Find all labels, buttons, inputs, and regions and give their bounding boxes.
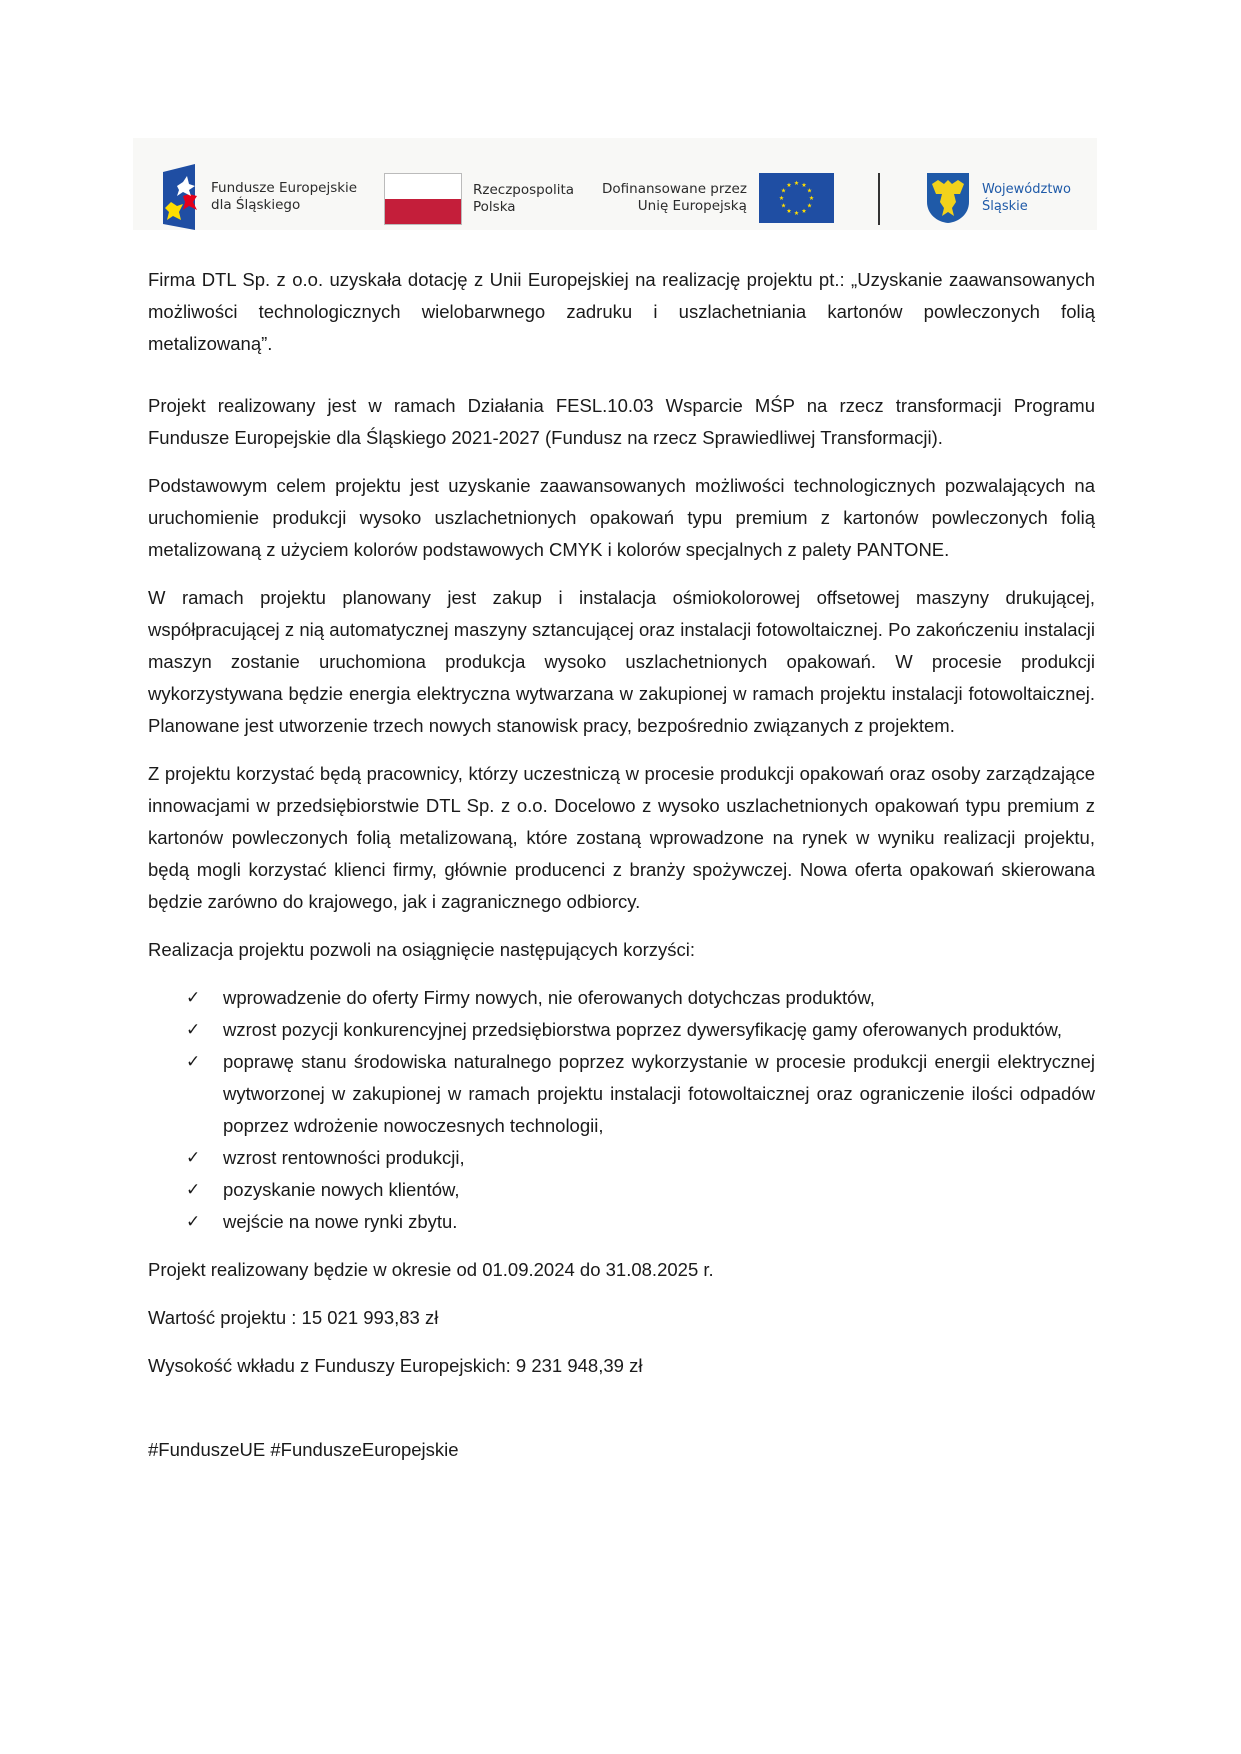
hashtags: #FunduszeUE #FunduszeEuropejskie bbox=[148, 1434, 1095, 1466]
pl-logo: Rzeczpospolita Polska bbox=[384, 173, 574, 225]
program-paragraph: Projekt realizowany jest w ramach Działa… bbox=[148, 390, 1095, 454]
benefit-text: pozyskanie nowych klientów, bbox=[223, 1179, 460, 1200]
check-icon: ✓ bbox=[186, 1142, 200, 1174]
fe-logo-line2: dla Śląskiego bbox=[211, 197, 357, 214]
benefits-list: ✓wprowadzenie do oferty Firmy nowych, ni… bbox=[148, 982, 1095, 1238]
fe-logo-line1: Fundusze Europejskie bbox=[211, 180, 357, 197]
beneficiaries-paragraph: Z projektu korzystać będą pracownicy, kt… bbox=[148, 758, 1095, 918]
pl-logo-line1: Rzeczpospolita bbox=[473, 182, 574, 199]
intro-paragraph: Firma DTL Sp. z o.o. uzyskała dotację z … bbox=[148, 264, 1095, 360]
silesian-eagle-icon bbox=[926, 172, 970, 224]
eu-logo-line1: Dofinansowane przez bbox=[602, 181, 747, 198]
benefit-text: wejście na nowe rynki zbytu. bbox=[223, 1211, 457, 1232]
check-icon: ✓ bbox=[186, 982, 200, 1014]
benefit-text: poprawę stanu środowiska naturalnego pop… bbox=[223, 1051, 1095, 1136]
goal-paragraph: Podstawowym celem projektu jest uzyskani… bbox=[148, 470, 1095, 566]
benefit-text: wprowadzenie do oferty Firmy nowych, nie… bbox=[223, 987, 875, 1008]
scope-paragraph: W ramach projektu planowany jest zakup i… bbox=[148, 582, 1095, 742]
pl-logo-line2: Polska bbox=[473, 199, 574, 216]
silesia-logo-line2: Śląskie bbox=[982, 198, 1071, 215]
list-item: ✓wzrost rentowności produkcji, bbox=[148, 1142, 1095, 1174]
silesia-logo-line1: Województwo bbox=[982, 181, 1071, 198]
document-body: Firma DTL Sp. z o.o. uzyskała dotację z … bbox=[148, 264, 1095, 1466]
benefit-text: wzrost pozycji konkurencyjnej przedsiębi… bbox=[223, 1019, 1062, 1040]
period-text: Projekt realizowany będzie w okresie od … bbox=[148, 1254, 1095, 1286]
list-item: ✓poprawę stanu środowiska naturalnego po… bbox=[148, 1046, 1095, 1142]
list-item: ✓wprowadzenie do oferty Firmy nowych, ni… bbox=[148, 982, 1095, 1014]
fe-star-icon bbox=[163, 164, 199, 230]
eu-contribution-text: Wysokość wkładu z Funduszy Europejskich:… bbox=[148, 1350, 1095, 1382]
check-icon: ✓ bbox=[186, 1046, 200, 1078]
check-icon: ✓ bbox=[186, 1014, 200, 1046]
eu-logo: Dofinansowane przez Unię Europejską bbox=[602, 173, 834, 223]
check-icon: ✓ bbox=[186, 1174, 200, 1206]
fe-logo: Fundusze Europejskie dla Śląskiego bbox=[163, 164, 357, 230]
benefits-intro: Realizacja projektu pozwoli na osiągnięc… bbox=[148, 934, 1095, 966]
project-value-text: Wartość projektu : 15 021 993,83 zł bbox=[148, 1302, 1095, 1334]
benefit-text: wzrost rentowności produkcji, bbox=[223, 1147, 465, 1168]
list-item: ✓wzrost pozycji konkurencyjnej przedsięb… bbox=[148, 1014, 1095, 1046]
logo-divider bbox=[878, 173, 880, 225]
list-item: ✓pozyskanie nowych klientów, bbox=[148, 1174, 1095, 1206]
eu-logo-line2: Unię Europejską bbox=[602, 198, 747, 215]
list-item: ✓wejście na nowe rynki zbytu. bbox=[148, 1206, 1095, 1238]
polish-flag-icon bbox=[384, 173, 462, 225]
eu-flag-icon bbox=[759, 173, 834, 223]
silesia-logo: Województwo Śląskie bbox=[926, 172, 1071, 224]
check-icon: ✓ bbox=[186, 1206, 200, 1238]
